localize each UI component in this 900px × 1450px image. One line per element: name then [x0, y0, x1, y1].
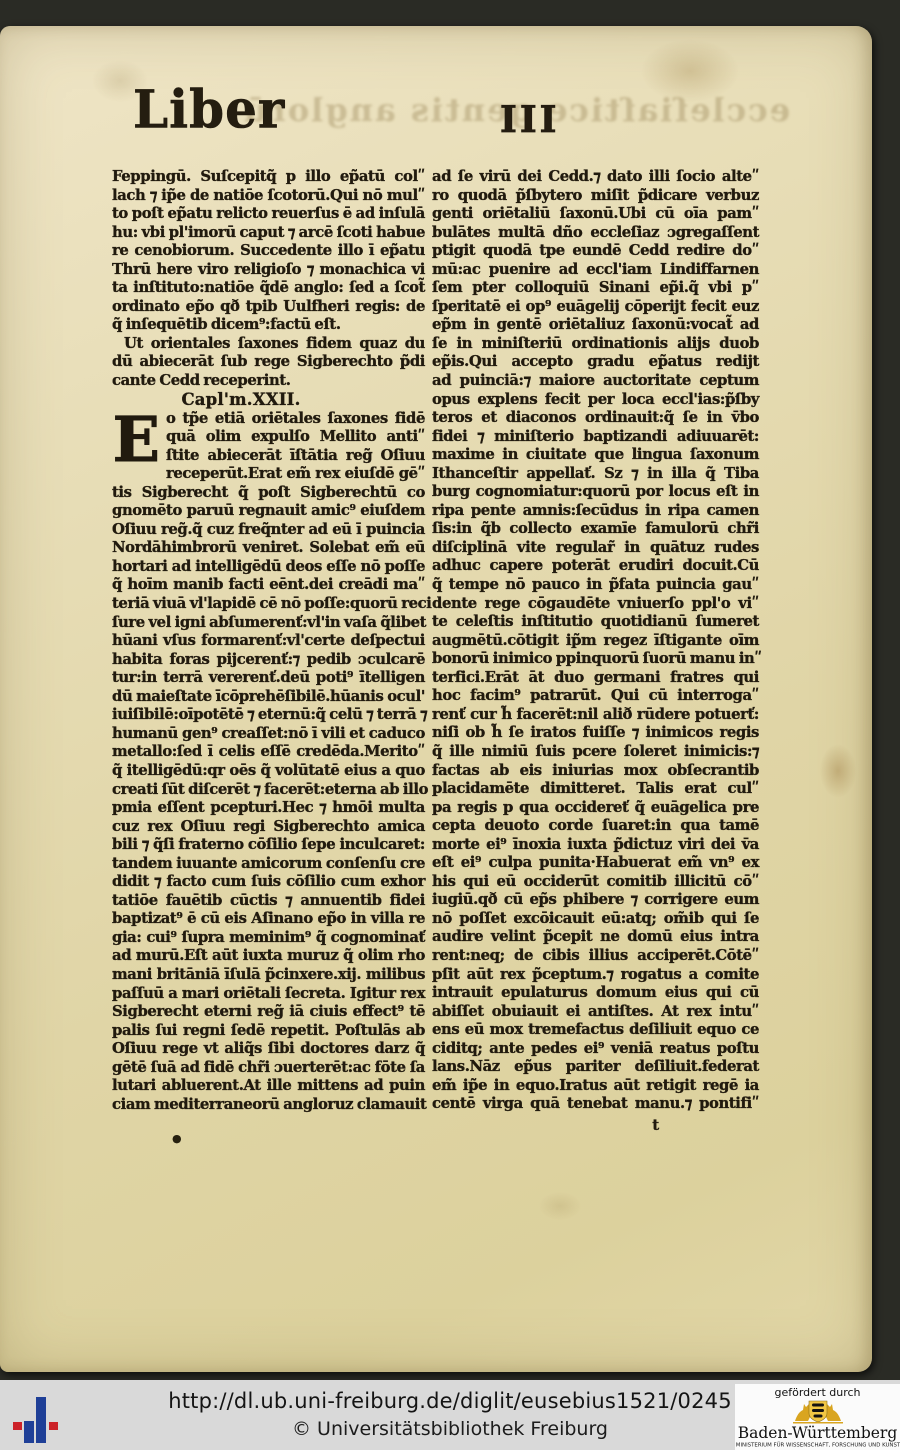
viewer-footer-bar: http://dl.ub.uni-freiburg.de/diglit/euse… [0, 1380, 900, 1450]
text-line: q̃ hoīm manib facti eēnt.dei creādi maʺ [112, 576, 425, 595]
text-line: ſe in miniſteriū ordinationis alijs duob [432, 335, 759, 354]
text-line: ſis:in q̃b collecto examīe famulorū chr̃… [432, 520, 759, 539]
text-line: ro quodā p̃ſbytero miſit p̃dicare verbuz [432, 187, 759, 206]
book-page-scan: eccleſiaſtice gentis anglorū Liber III F… [0, 26, 872, 1372]
text-line: tatiōe fauētib cūctis ⁊ annuentib fidei [112, 892, 425, 911]
text-line: cante Cedd receperint. [112, 372, 425, 391]
text-line: palis ſui regni ſedē repetit. Poſtulās a… [112, 1022, 425, 1041]
text-line: ad murū.Eſt aūt iuxta muruz q̃ olim rho [112, 947, 425, 966]
text-line: ptigit quodā tpe eundē Cedd redire doʺ [432, 242, 759, 261]
text-line: to poſt ep̃atu relicto reuerſus ē ad inſ… [112, 205, 425, 224]
text-line: hortari ad intelligēdū deos eſſe nō poſſ… [112, 558, 425, 577]
text-line: re cenobiorum. Succedente illo ī ep̃atu [112, 242, 425, 261]
text-line: ep̃m in gentē oriētaliuz ſaxonū:vocat̃ a… [432, 316, 759, 335]
text-line: ſure vel igni abſumerenť:vl'in vaſa q̃li… [112, 614, 425, 633]
text-line: gnomēto paruū regnauit amic⁹ eiuſdem [112, 502, 425, 521]
text-line: fidei ⁊ miniſterio baptizandi adiuuarēt: [432, 428, 759, 447]
text-line: ciditq; ante pedes ei⁹ veniā reatus poſt… [432, 1040, 759, 1059]
text-line: ad puinciā:⁊ maiore auctoritate ceptum [432, 372, 759, 391]
text-line: ep̃is.Qui accepto gradu ep̃atus redijt [432, 353, 759, 372]
text-line: hu: vbi pl'imorū caput ⁊ arcē ſcoti habu… [112, 224, 425, 243]
text-line: teros et diaconos ordinauit:q̃ ſe in v̄b… [432, 409, 759, 428]
drop-cap-initial: E [110, 411, 162, 469]
text-line: tandem iuuante amicorum conſenſu cre [112, 855, 425, 874]
right-text-column: ad ſe virū dei Cedd.⁊ dato illi ſocio al… [432, 168, 759, 1134]
signature-mark: t [432, 1116, 759, 1134]
text-line: dū abiecerāt ſub rege Sigberechto p̃di [112, 353, 425, 372]
chapter-paragraph: E o tp̃e etiā oriētales ſaxones fidēquā … [112, 410, 425, 1115]
funding-region: Baden-Württemberg [735, 1425, 900, 1442]
text-line: niſi ob h̃ ſe iratos fuiſſe ⁊ inimicos r… [432, 724, 759, 743]
text-line: mū:ac puenire ad eccl'iam Lindiffarnen [432, 261, 759, 280]
text-line: em̃ ip̃e in equo.Iratus aūt retigit regē… [432, 1077, 759, 1096]
text-line: humanū gen⁹ creaſſet:nō ī vili et caduco [112, 725, 425, 744]
text-line: gia: cui⁹ ſupra meminim⁹ q̃ cognominať [112, 929, 425, 948]
funding-box: gefördert durch Baden-Württemberg MINIST… [735, 1384, 900, 1450]
text-line: q̃ ille nimiū ſuis pcere ſoleret inimici… [432, 743, 759, 762]
text-line: burg cognomiatur:quorū por locus eſt in [432, 483, 759, 502]
text-line: Sigberecht eterni reg̃ iā ciuis effect⁹ … [112, 1003, 425, 1022]
text-line: renť cur h̃ facerēt:nil alið rūdere potu… [432, 706, 759, 725]
left-text-column: Feppingū. Suſcepitq̃ p illo ep̃atū colʺl… [112, 168, 425, 1114]
text-line: opus explens fecit per loca eccl'ias:p̃ſ… [432, 391, 759, 410]
text-line: ſperitatē ei op⁹ euāgelij cōperijt fecit… [432, 298, 759, 317]
text-line: dū maieſtate īcōprehēſibilē.hūanis ocul' [112, 688, 425, 707]
running-title: Liber [133, 83, 285, 137]
text-line: iuiſibilē:oīpotētē ⁊ eternū:q̃ celū ⁊ te… [112, 706, 425, 725]
text-line: genti oriētaliū ſaxonū.Ubi cū oīa pamʺ [432, 205, 759, 224]
text-line: Ithanceſtir appellať. Sz ⁊ in illa q̃ Ti… [432, 465, 759, 484]
text-line: iugiū.qð cū ep̃s phibere ⁊ corrigere eum [432, 891, 759, 910]
text-line: paſſuū a mari oriētali ſecreta. Igitur r… [112, 985, 425, 1004]
text-line: ordinato ep̃o qð tpib Uulfheri regis: de [112, 298, 425, 317]
text-line: tur:in terrā vererenť.deū poti⁹ ītellige… [112, 669, 425, 688]
text-line: tis Sigberecht q̃ poſt Sigberechtū co [112, 484, 425, 503]
text-line: lutari abluerent.At ille mittens ad puin [112, 1077, 425, 1096]
text-line: bili ⁊ q̃ſi fraterno cōſilio ſepe inculc… [112, 836, 425, 855]
text-line: lans.Nāz ep̃us pariter deſiliuit.federat [432, 1058, 759, 1077]
text-line: Oſiuu reg̃.q̃ cuz freq̃nter ad eū ī puin… [112, 521, 425, 540]
text-line: cuz rex Oſiuu regi Sigberechto amica [112, 818, 425, 837]
text-line: lach ⁊ ip̃e de natiōe ſcotorū.Qui nō mul… [112, 187, 425, 206]
text-line: didit ⁊ facto cum ſuis cōſilio cum exhor [112, 873, 425, 892]
paragraph: Feppingū. Suſcepitq̃ p illo ep̃atū colʺl… [112, 168, 425, 335]
text-line: augmētū.cōtigit ip̃m regez īſtigante oīm [432, 632, 759, 651]
text-line: pmia eſſent pcepturi.Hec ⁊ hmōi multa [112, 799, 425, 818]
text-line: ta inſtituto:natiōe q̃dē anglo: ſed a ſc… [112, 279, 425, 298]
funding-label: gefördert durch [735, 1384, 900, 1399]
text-line: diſciplinā vite regular̃ in quātuz rudes [432, 539, 759, 558]
paragraph: ad ſe virū dei Cedd.⁊ dato illi ſocio al… [432, 168, 759, 1114]
text-line: morte ei⁹ īnoxia iuxta p̃dictuz viri dei… [432, 836, 759, 855]
text-line: hūani vſus formarenť:vl'certe deſpectui [112, 632, 425, 651]
text-line: bulātes multā dño eccleſiaz ɔgregaſſent [432, 224, 759, 243]
text-line: gētē ſuā ad fidē chr̃i ɔuerterēt:ac fōte… [112, 1059, 425, 1078]
text-line: Feppingū. Suſcepitq̃ p illo ep̃atū colʺ [112, 168, 425, 187]
baden-wuerttemberg-coat-of-arms-icon [783, 1399, 853, 1425]
text-line: ciam mediterraneorū angloruz clamauit [112, 1096, 425, 1115]
text-line: creati ſūt diſcerēt ⁊ facerēt:eterna ab … [112, 781, 425, 800]
text-line: ens eū mox tremefactus deſiliuit equo ce [432, 1021, 759, 1040]
text-line: Nordāhimbrorū veniret. Solebat em̃ eū [112, 539, 425, 558]
text-line: his qui eū occiderūt comitib illicitū cō… [432, 873, 759, 892]
funding-ministry: MINISTERIUM FÜR WISSENSCHAFT, FORSCHUNG … [735, 1442, 899, 1448]
text-line: maxime in ciuitate que lingua ſaxonum [432, 446, 759, 465]
text-line: Ut orientales ſaxones fidem quaz du [112, 335, 425, 354]
text-line: rent:neq; de cibis illius acciperēt.Cōtē… [432, 947, 759, 966]
text-line: q̃ tempe nō pauco in p̃fata puincia gauʺ [432, 576, 759, 595]
text-line: baptizat⁹ ē cū eis Aſinano ep̃o in villa… [112, 910, 425, 929]
text-line: Oſiuu rege vt aliq̃s ſibi doctores darz … [112, 1040, 425, 1059]
ink-mark: ● [172, 1132, 182, 1145]
text-line: intrauit epulaturus domum eius qui cū [432, 984, 759, 1003]
text-line: ripa pente amnis:ſecūdus in ripa camen [432, 502, 759, 521]
text-line: habita foras pijcerenť:⁊ pedib ɔculcarē [112, 651, 425, 670]
text-line: ad ſe virū dei Cedd.⁊ dato illi ſocio al… [432, 168, 759, 187]
text-line: pſit aūt rex p̃ceptum.⁊ rogatus a comite [432, 966, 759, 985]
text-line: cepta deuoto corde ſuaret:in qua tamē [432, 817, 759, 836]
text-line: factas ab eis iniurias mox obſecrantib [432, 762, 759, 781]
text-line: terfici.Erāt āt duo germani fratres qui [432, 669, 759, 688]
chapter-text: o tp̃e etiā oriētales ſaxones fidēquā ol… [112, 410, 425, 1115]
text-line: placidamēte dimitteret. Talis erat culʺ [432, 780, 759, 799]
text-line: q̃ itelligēdū:qr oēs q̃ volūtatē eius a … [112, 762, 425, 781]
text-line: hoc facim⁹ patrarūt. Qui cū interrogaʺ [432, 687, 759, 706]
text-line: adhuc capere poterāt erudiri docuit.Cū [432, 557, 759, 576]
text-line: abiſſet obuiauit ei antiſtes. At rex int… [432, 1003, 759, 1022]
text-line: pa regis p qua occidereť q̃ euāgelica pr… [432, 799, 759, 818]
text-line: Thrū here viro religioſo ⁊ monachica vi [112, 261, 425, 280]
text-line: nō poſſet excōicauit eū:atq; om̃ib qui ſ… [432, 910, 759, 929]
text-line: teriā viuā vl'lapidē cē nō poſſe:quorū r… [112, 595, 425, 614]
text-line: bonorū inimico ppinquorū ſuorū manu inʺ [432, 650, 759, 669]
book-number: III [500, 102, 560, 138]
text-line: eſt ei⁹ culpa punita·Habuerat em̃ vn⁹ ex [432, 854, 759, 873]
chapter-summary-paragraph: Ut orientales ſaxones fidem quaz dudū ab… [112, 335, 425, 391]
text-line: dente rege cōgaudēte vniuerſo ppl'o viʺ [432, 595, 759, 614]
text-line: metallo:ſed ī celis eſſē credēda.Meritoʺ [112, 743, 425, 762]
text-line: ſem pter colloquiū Sinani ep̃i.q̃ vbi pʺ [432, 279, 759, 298]
text-line: centē virga quā tenebat manu.⁊ pontifiʺ [432, 1095, 759, 1114]
text-line: audire velint p̃cepit ne domū eius intra [432, 928, 759, 947]
text-line: mani britāniā īſulā p̃cinxere.xij. milib… [112, 966, 425, 985]
text-line: te celeſtis inſtitutio quotidianū ſumere… [432, 613, 759, 632]
text-line: q̃ inſequētib dicem⁹:factū eſt. [112, 316, 425, 335]
